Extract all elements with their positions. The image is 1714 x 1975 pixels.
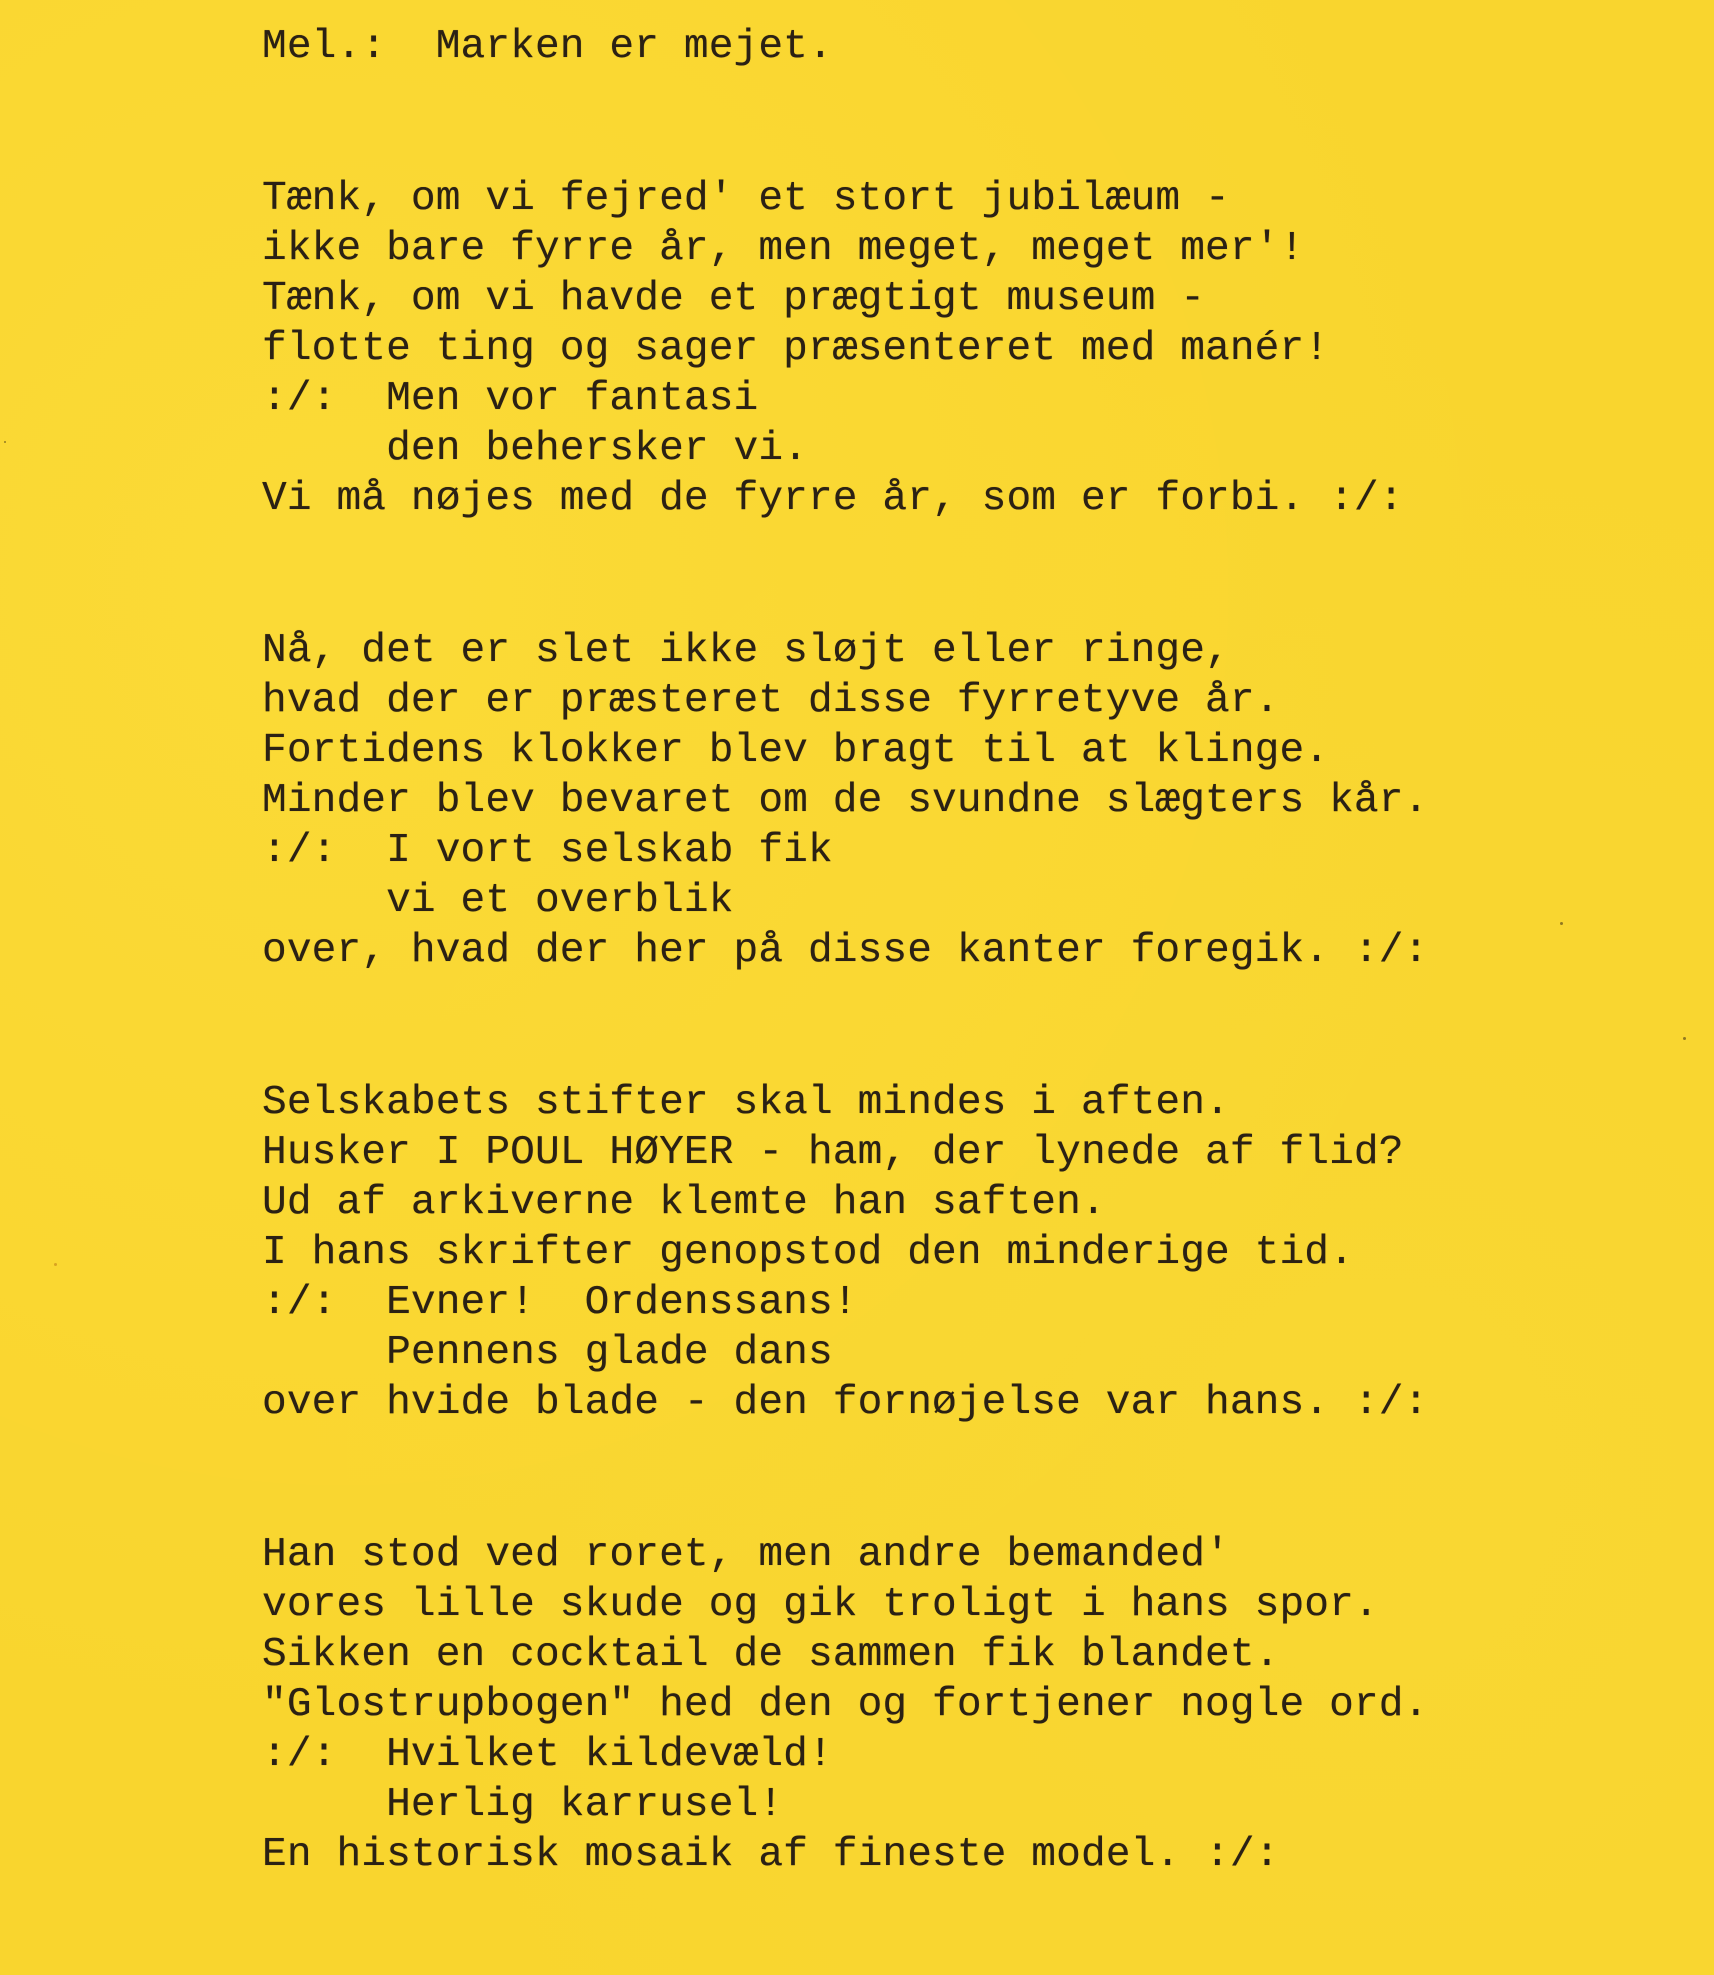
stanza-line: flotte ting og sager præsenteret med man… bbox=[262, 324, 1329, 374]
paper-speck bbox=[4, 441, 6, 443]
stanza-line: ikke bare fyrre år, men meget, meget mer… bbox=[262, 224, 1304, 274]
refrain-line: over, hvad der her på disse kanter foreg… bbox=[262, 926, 1428, 976]
refrain-line: den behersker vi. bbox=[262, 424, 808, 474]
refrain-line: :/: Evner! Ordenssans! bbox=[262, 1278, 858, 1328]
stanza-line: Fortidens klokker blev bragt til at klin… bbox=[262, 726, 1329, 776]
refrain-line: Pennens glade dans bbox=[262, 1328, 833, 1378]
refrain-line: Vi må nøjes med de fyrre år, som er forb… bbox=[262, 474, 1404, 524]
stanza-line: hvad der er præsteret disse fyrretyve år… bbox=[262, 676, 1279, 726]
refrain-line: vi et overblik bbox=[262, 876, 734, 926]
stanza-line: Han stod ved roret, men andre bemanded' bbox=[262, 1530, 1230, 1580]
refrain-line: :/: Men vor fantasi bbox=[262, 374, 758, 424]
stanza-line: Husker I POUL HØYER - ham, der lynede af… bbox=[262, 1128, 1404, 1178]
stanza-line: Tænk, om vi fejred' et stort jubilæum - bbox=[262, 174, 1230, 224]
paper-speck bbox=[1560, 922, 1563, 925]
refrain-line: :/: Hvilket kildevæld! bbox=[262, 1730, 833, 1780]
paper-speck bbox=[54, 1263, 57, 1266]
stanza-line: Ud af arkiverne klemte han saften. bbox=[262, 1178, 1106, 1228]
stanza-line: Nå, det er slet ikke sløjt eller ringe, bbox=[262, 626, 1230, 676]
melody-line: Mel.: Marken er mejet. bbox=[262, 22, 833, 72]
refrain-line: En historisk mosaik af fineste model. :/… bbox=[262, 1830, 1279, 1880]
stanza-line: vores lille skude og gik troligt i hans … bbox=[262, 1580, 1379, 1630]
refrain-line: Herlig karrusel! bbox=[262, 1780, 783, 1830]
refrain-line: :/: I vort selskab fik bbox=[262, 826, 833, 876]
stanza-line: Sikken en cocktail de sammen fik blandet… bbox=[262, 1630, 1279, 1680]
refrain-line: over hvide blade - den fornøjelse var ha… bbox=[262, 1378, 1428, 1428]
stanza-line: I hans skrifter genopstod den minderige … bbox=[262, 1228, 1354, 1278]
stanza-line: Selskabets stifter skal mindes i aften. bbox=[262, 1078, 1230, 1128]
stanza-line: Minder blev bevaret om de svundne slægte… bbox=[262, 776, 1428, 826]
paper-speck bbox=[1683, 1037, 1686, 1040]
stanza-line: "Glostrupbogen" hed den og fortjener nog… bbox=[262, 1680, 1428, 1730]
stanza-line: Tænk, om vi havde et prægtigt museum - bbox=[262, 274, 1205, 324]
